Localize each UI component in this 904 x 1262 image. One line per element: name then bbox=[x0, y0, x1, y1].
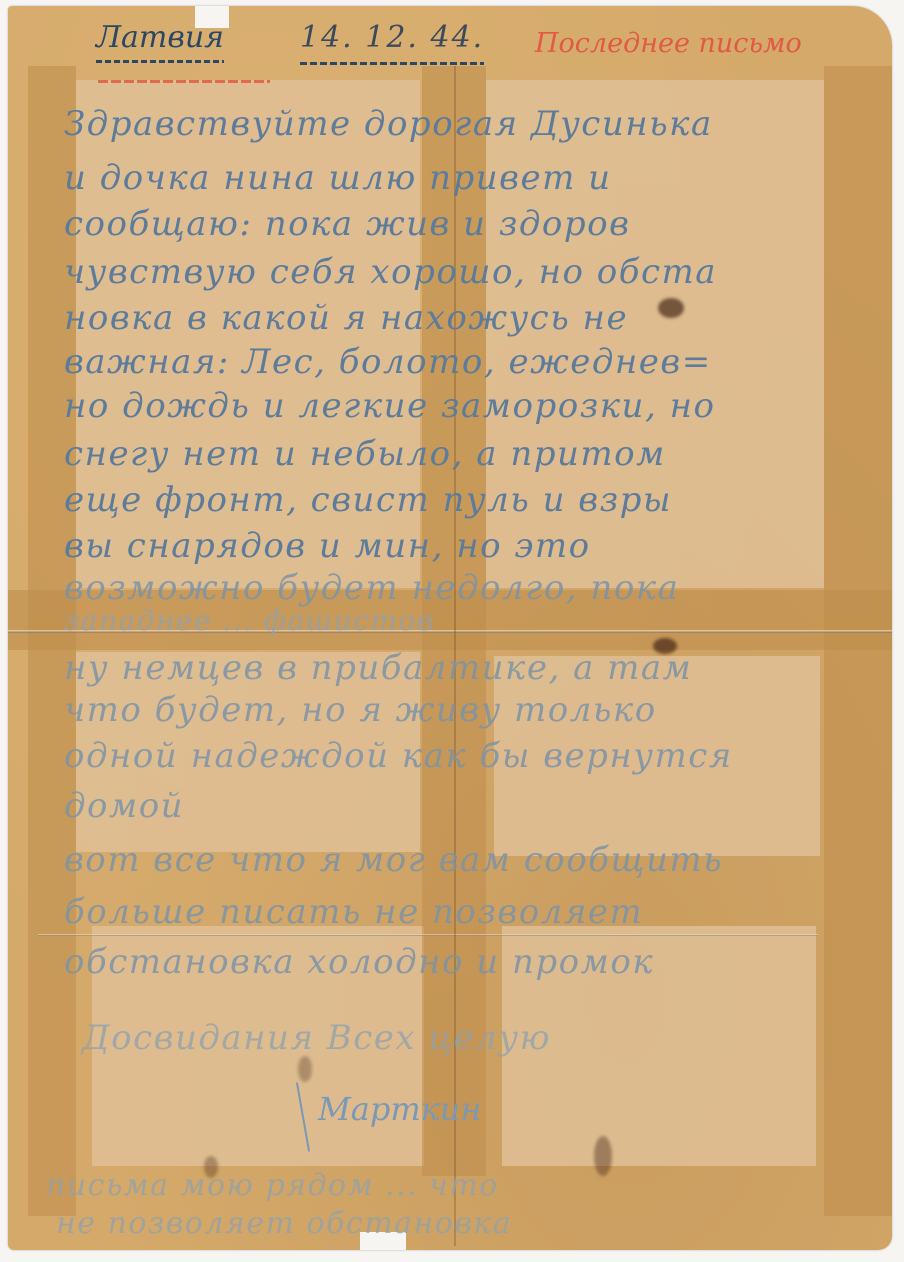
letter-line: но дождь и легкие заморозки, но bbox=[64, 386, 715, 426]
letter-line: и дочка нина шлю привет и bbox=[64, 158, 612, 198]
ink-stain bbox=[594, 1136, 612, 1176]
signature: Марткин bbox=[318, 1090, 481, 1128]
letter-line: важная: Лес, болото, ежеднев= bbox=[64, 342, 712, 382]
postscript-line: не позволяет обстановка bbox=[56, 1206, 512, 1241]
letter-header: Латвия 14. 12. 44. Последнее письмо bbox=[0, 16, 904, 76]
red-underline bbox=[98, 80, 270, 83]
letter-line: ну немцев в прибалтике, а там bbox=[64, 648, 692, 688]
letter-line: больше писать не позволяет bbox=[64, 892, 643, 932]
letter-line: обстановка холодно и промок bbox=[64, 942, 654, 982]
letter-line: вот все что я мог вам сообщить bbox=[64, 840, 723, 880]
header-place: Латвия bbox=[96, 20, 224, 55]
ink-stain bbox=[298, 1056, 312, 1082]
ink-stain bbox=[658, 298, 684, 318]
scanned-letter: Латвия 14. 12. 44. Последнее письмо Здра… bbox=[0, 0, 904, 1262]
header-date: 14. 12. 44. bbox=[300, 20, 484, 55]
postscript-line: письма мою рядом ... что bbox=[46, 1168, 499, 1203]
letter-line: снегу нет и небыло, а притом bbox=[64, 434, 666, 474]
letter-line: западнее ... фашистов bbox=[64, 604, 435, 637]
letter-closing: Досвидания Всех целую bbox=[82, 1018, 551, 1058]
tape-strip-right bbox=[824, 66, 892, 1216]
letter-line: чувствую себя хорошо, но обста bbox=[64, 252, 717, 292]
letter-line: сообщаю: пока жив и здоров bbox=[64, 204, 630, 244]
letter-line: домой bbox=[64, 786, 184, 826]
letter-line: Здравствуйте дорогая Дусинька bbox=[64, 104, 713, 144]
letter-line: новка в какой я нахожусь не bbox=[64, 298, 628, 338]
letter-line: одной надеждой как бы вернутся bbox=[64, 736, 733, 776]
letter-line: что будет, но я живу только bbox=[64, 690, 657, 730]
header-note-red: Последнее письмо bbox=[535, 28, 802, 59]
letter-line: вы снарядов и мин, но это bbox=[64, 526, 591, 566]
fold-crease bbox=[38, 934, 818, 936]
letter-line: еще фронт, свист пуль и взры bbox=[64, 480, 672, 520]
letter-line: возможно будет недолго, пока bbox=[64, 568, 679, 608]
